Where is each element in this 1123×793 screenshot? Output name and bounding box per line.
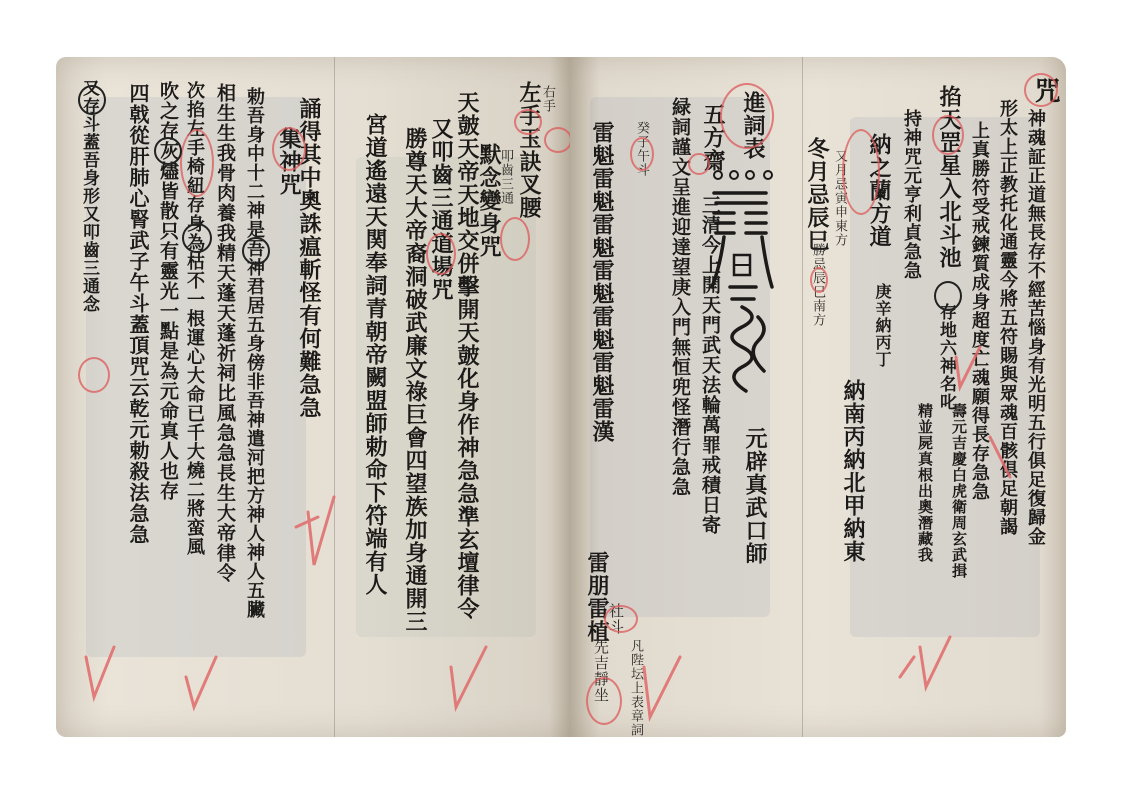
left-page: 誦得其中奧誅瘟斬怪有何難急急 右手 左手玉訣叉腰 叩齒三通 默念變身咒 天皷天帝… xyxy=(56,57,570,737)
red-check-marks xyxy=(570,57,1066,737)
red-check-marks xyxy=(56,57,570,737)
manuscript-spread: 誦得其中奧誅瘟斬怪有何難急急 右手 左手玉訣叉腰 叩齒三通 默念變身咒 天皷天帝… xyxy=(56,57,1066,737)
right-page: 咒 神魂証正道無長存不經苦惱身有光明五行俱足復歸金 形太上正教托化通靈今將五符賜… xyxy=(570,57,1066,737)
